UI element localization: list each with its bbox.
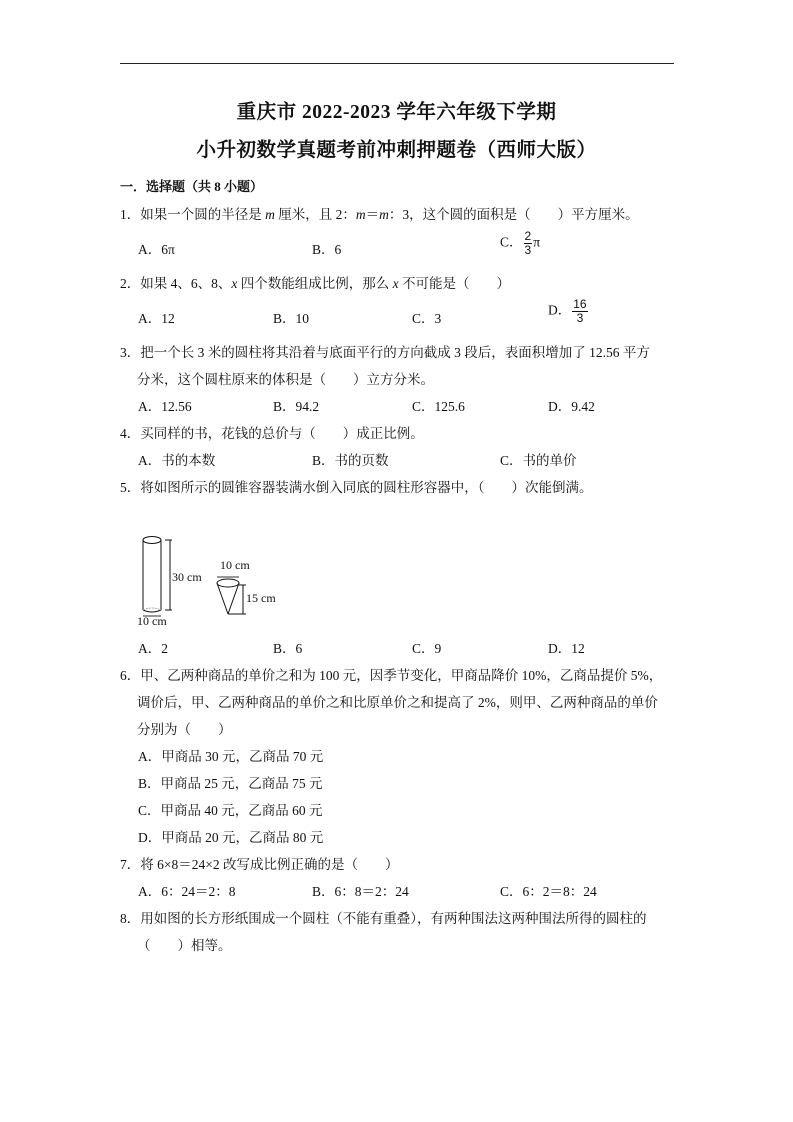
question-8: 8．用如图的长方形纸围成一个圆柱（不能有重叠），有两种围法这两种围法所得的圆柱的 <box>120 907 647 927</box>
option-label: C． <box>412 311 435 326</box>
question-number: 6． <box>120 668 140 683</box>
q6-option-c[interactable]: C．甲商品 40 元，乙商品 60 元 <box>138 799 323 819</box>
question-text: 厘米，且 2： <box>275 207 356 222</box>
question-text: 如果 4、6、8、 <box>140 276 231 291</box>
q2-option-a[interactable]: A．12 <box>138 307 175 327</box>
option-value: 6π <box>161 242 175 257</box>
option-label: A． <box>138 399 161 414</box>
question-text: 把一个长 3 米的圆柱将其沿着与底面平行的方向截成 3 段后，表面积增加了 12… <box>140 345 650 360</box>
option-label: C． <box>500 453 523 468</box>
question-6: 6．甲、乙两种商品的单价之和为 100 元，因季节变化，甲商品降价 10%，乙商… <box>120 664 662 684</box>
question-7: 7．将 6×8＝24×2 改写成比例正确的是（ ） <box>120 853 398 873</box>
variable-m: m <box>379 207 389 222</box>
question-text: 不可能是（ ） <box>399 276 510 291</box>
q1-option-c[interactable]: C．23π <box>500 230 540 257</box>
option-value: 2 <box>161 641 168 656</box>
option-value: 6 <box>296 641 303 656</box>
option-label: B． <box>312 884 335 899</box>
option-value: 9.42 <box>571 399 595 414</box>
q7-option-a[interactable]: A．6：24＝2：8 <box>138 880 236 900</box>
option-value: 书的页数 <box>335 453 389 468</box>
q7-option-c[interactable]: C．6：2＝8：24 <box>500 880 597 900</box>
q1-option-b[interactable]: B．6 <box>312 238 341 258</box>
option-value: 书的本数 <box>161 453 215 468</box>
option-label: B． <box>273 641 296 656</box>
q2-option-c[interactable]: C．3 <box>412 307 441 327</box>
question-text: 将如图所示的圆锥容器装满水倒入同底的圆柱形容器中，（ ）次能倒满。 <box>140 480 592 495</box>
question-3: 3．把一个长 3 米的圆柱将其沿着与底面平行的方向截成 3 段后，表面积增加了 … <box>120 341 650 361</box>
option-value: 6：2＝8：24 <box>523 884 597 899</box>
question-6-continued-2: 分别为（ ） <box>137 718 232 738</box>
option-value: 甲商品 20 元，乙商品 80 元 <box>161 830 323 845</box>
q1-option-a[interactable]: A．6π <box>138 238 175 258</box>
option-label: B． <box>273 399 296 414</box>
option-label: C． <box>500 884 523 899</box>
option-label: A． <box>138 641 161 656</box>
question-text: 如果一个圆的半径是 <box>140 207 265 222</box>
option-label: A． <box>138 311 161 326</box>
q5-option-c[interactable]: C．9 <box>412 637 441 657</box>
option-value: 6：8＝2：24 <box>335 884 409 899</box>
option-label: B． <box>273 311 296 326</box>
option-value: 6 <box>335 242 342 257</box>
option-value: 甲商品 30 元，乙商品 70 元 <box>161 749 323 764</box>
question-number: 5． <box>120 480 140 495</box>
q3-option-c[interactable]: C．125.6 <box>412 395 465 415</box>
q5-option-a[interactable]: A．2 <box>138 637 168 657</box>
cylinder-height-label: 30 cm <box>172 570 202 585</box>
q4-option-b[interactable]: B．书的页数 <box>312 449 389 469</box>
option-label: C． <box>138 803 161 818</box>
question-number: 4． <box>120 426 140 441</box>
question-number: 2． <box>120 276 140 291</box>
q6-option-d[interactable]: D．甲商品 20 元，乙商品 80 元 <box>138 826 323 846</box>
q4-option-c[interactable]: C．书的单价 <box>500 449 577 469</box>
cylinder-diameter-label: 10 cm <box>137 614 167 629</box>
fraction: 23 <box>524 230 533 257</box>
q6-option-b[interactable]: B．甲商品 25 元，乙商品 75 元 <box>138 772 323 792</box>
cylinder-cone-figure: 30 cm 10 cm 10 cm 15 cm <box>130 530 290 630</box>
option-label: D． <box>548 399 571 414</box>
option-label: B． <box>312 242 335 257</box>
page-title-line1: 重庆市 2022-2023 学年六年级下学期 <box>0 96 793 124</box>
section-heading: 一．选择题（共 8 小题） <box>120 176 263 195</box>
option-label: C． <box>412 399 435 414</box>
question-number: 1． <box>120 207 140 222</box>
q2-option-d[interactable]: D．163 <box>548 298 589 325</box>
question-text: 将 6×8＝24×2 改写成比例正确的是（ ） <box>140 857 398 872</box>
question-text: 用如图的长方形纸围成一个圆柱（不能有重叠），有两种围法这两种围法所得的圆柱的 <box>140 911 646 926</box>
question-text: ：3，这个圆的面积是（ ）平方厘米。 <box>389 207 639 222</box>
fraction-numerator: 2 <box>524 230 533 244</box>
fraction-denominator: 3 <box>572 312 587 325</box>
question-3-continued: 分米，这个圆柱原来的体积是（ ）立方分米。 <box>137 368 434 388</box>
question-5: 5．将如图所示的圆锥容器装满水倒入同底的圆柱形容器中，（ ）次能倒满。 <box>120 476 593 496</box>
option-value: 10 <box>296 311 310 326</box>
page-title-line2: 小升初数学真题考前冲刺押题卷（西师大版） <box>0 134 793 162</box>
question-2: 2．如果 4、6、8、x 四个数能组成比例，那么 x 不可能是（ ） <box>120 272 510 292</box>
option-label: C． <box>412 641 435 656</box>
fraction-numerator: 16 <box>572 298 587 312</box>
question-text: 买同样的书，花钱的总价与（ ）成正比例。 <box>140 426 424 441</box>
option-value: 12 <box>161 311 175 326</box>
option-value: 6：24＝2：8 <box>161 884 235 899</box>
variable-m: m <box>356 207 366 222</box>
cone-height-label: 15 cm <box>246 591 276 606</box>
option-value: 3 <box>435 311 442 326</box>
q7-option-b[interactable]: B．6：8＝2：24 <box>312 880 409 900</box>
fraction-denominator: 3 <box>524 244 533 257</box>
q5-option-d[interactable]: D．12 <box>548 637 585 657</box>
option-value: 125.6 <box>435 399 465 414</box>
option-value: 甲商品 40 元，乙商品 60 元 <box>161 803 323 818</box>
question-text: 四个数能组成比例，那么 <box>237 276 392 291</box>
variable-m: m <box>265 207 275 222</box>
option-label: B． <box>312 453 335 468</box>
pi-symbol: π <box>533 235 540 250</box>
option-label: A． <box>138 242 161 257</box>
question-1: 1．如果一个圆的半径是 m 厘米，且 2：m＝m：3，这个圆的面积是（ ）平方厘… <box>120 203 639 223</box>
option-label: A． <box>138 453 161 468</box>
q3-option-b[interactable]: B．94.2 <box>273 395 319 415</box>
q3-option-d[interactable]: D．9.42 <box>548 395 595 415</box>
option-value: 12 <box>571 641 585 656</box>
option-value: 9 <box>435 641 442 656</box>
option-label: C． <box>500 235 523 250</box>
header-rule <box>120 63 674 64</box>
question-text: ＝ <box>366 207 380 222</box>
question-number: 7． <box>120 857 140 872</box>
question-6-continued-1: 调价后，甲、乙两种商品的单价之和比原单价之和提高了 2%，则甲、乙两种商品的单价 <box>137 691 658 711</box>
q5-option-b[interactable]: B．6 <box>273 637 302 657</box>
question-4: 4．买同样的书，花钱的总价与（ ）成正比例。 <box>120 422 424 442</box>
option-label: D． <box>548 641 571 656</box>
option-label: A． <box>138 749 161 764</box>
cone-diameter-label: 10 cm <box>220 558 250 573</box>
option-label: B． <box>138 776 161 791</box>
option-value: 甲商品 25 元，乙商品 75 元 <box>161 776 323 791</box>
question-text: 甲、乙两种商品的单价之和为 100 元，因季节变化，甲商品降价 10%，乙商品提… <box>140 668 662 683</box>
q2-option-b[interactable]: B．10 <box>273 307 309 327</box>
question-8-continued: （ ）相等。 <box>137 934 232 954</box>
option-label: D． <box>548 303 571 318</box>
option-value: 12.56 <box>161 399 191 414</box>
option-label: D． <box>138 830 161 845</box>
q3-option-a[interactable]: A．12.56 <box>138 395 192 415</box>
option-value: 94.2 <box>296 399 320 414</box>
option-label: A． <box>138 884 161 899</box>
q6-option-a[interactable]: A．甲商品 30 元，乙商品 70 元 <box>138 745 323 765</box>
q4-option-a[interactable]: A．书的本数 <box>138 449 215 469</box>
question-number: 8． <box>120 911 140 926</box>
fraction: 163 <box>572 298 587 325</box>
option-value: 书的单价 <box>523 453 577 468</box>
question-number: 3． <box>120 345 140 360</box>
